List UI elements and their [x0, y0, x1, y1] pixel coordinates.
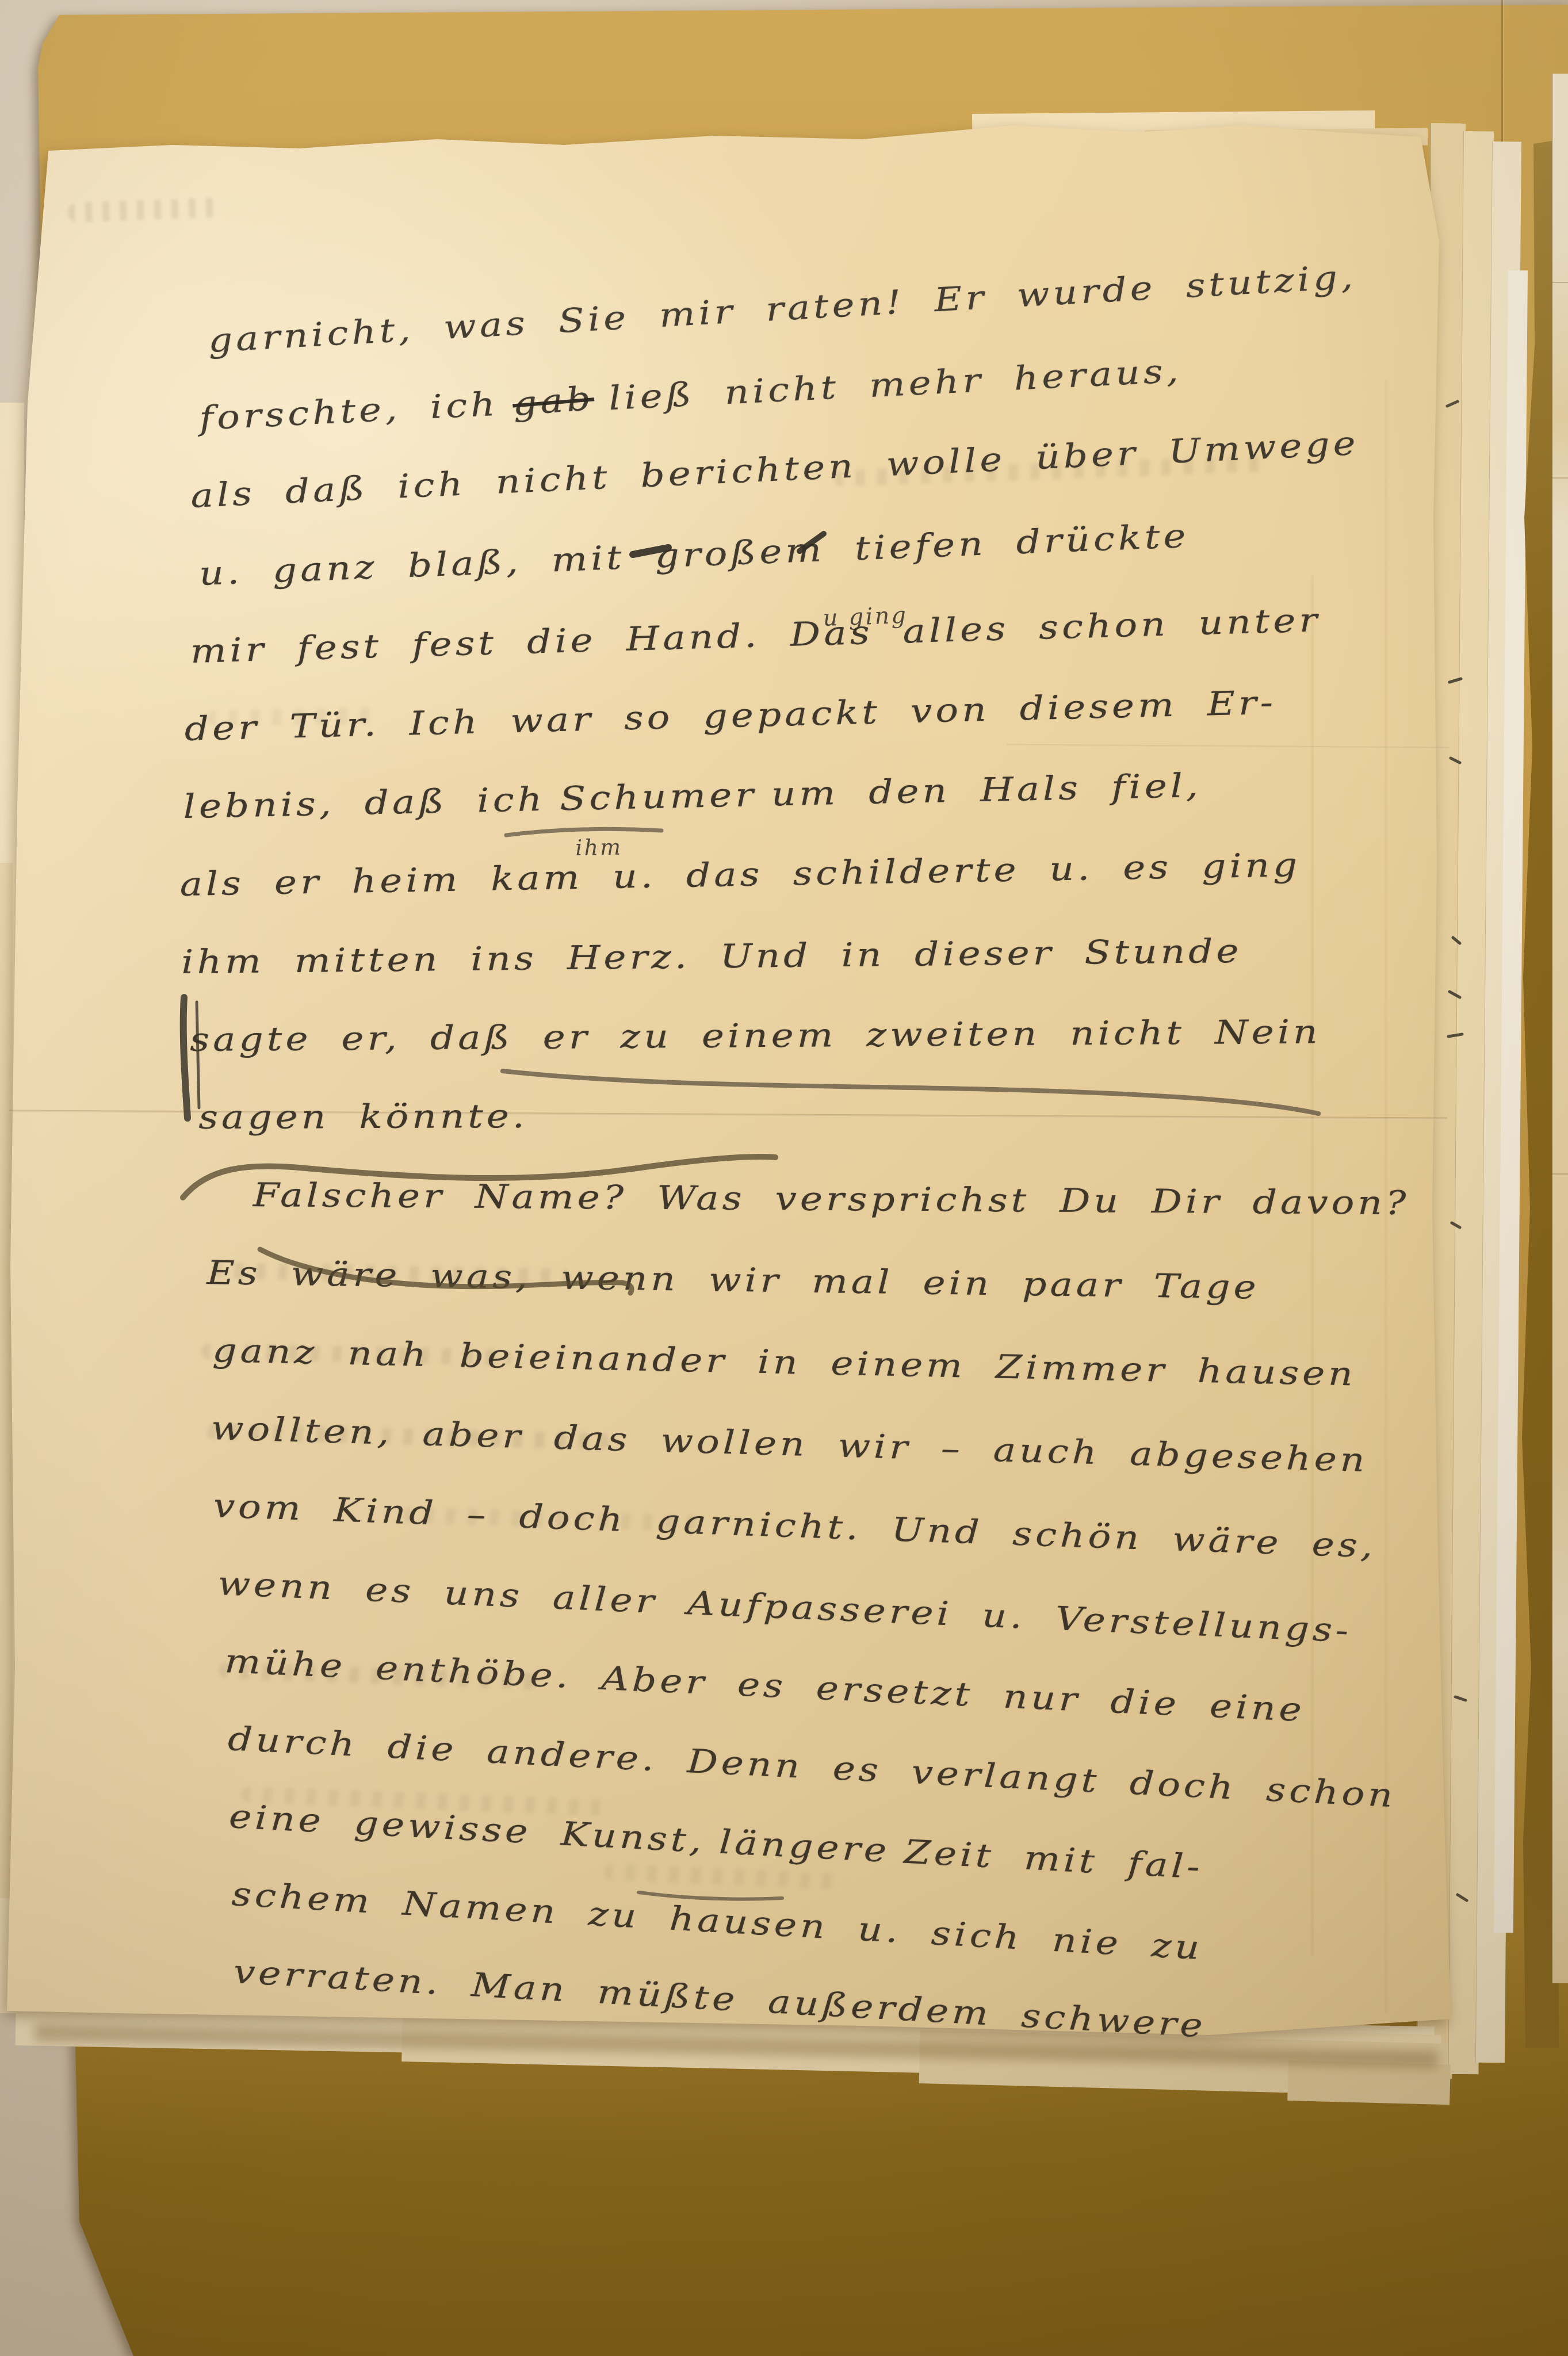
right-paper-pile	[1552, 74, 1568, 1983]
pile-edge-line	[1552, 282, 1568, 283]
letter-line: Falscher Name? Was versprichst Du Dir da…	[253, 1176, 1410, 1222]
interline-insertion: ihm	[575, 835, 623, 860]
pile-edge-line	[1552, 477, 1568, 479]
line7-pre: lebnis, daß ich	[183, 781, 546, 826]
letter-line: sagen könnte.	[198, 1097, 528, 1137]
archival-photo: garnicht, was Sie mir raten! Er wurde st…	[0, 0, 1568, 2356]
underlined-name: Schumer	[559, 776, 757, 818]
interline-insertion: u ging	[823, 602, 908, 632]
letter-line: sagte er, daß er zu einem zweiten nicht …	[190, 1013, 1321, 1059]
pile-edge-line	[1552, 1173, 1568, 1175]
vertical-crease	[1311, 575, 1313, 1956]
struck-word: gab	[511, 379, 596, 423]
